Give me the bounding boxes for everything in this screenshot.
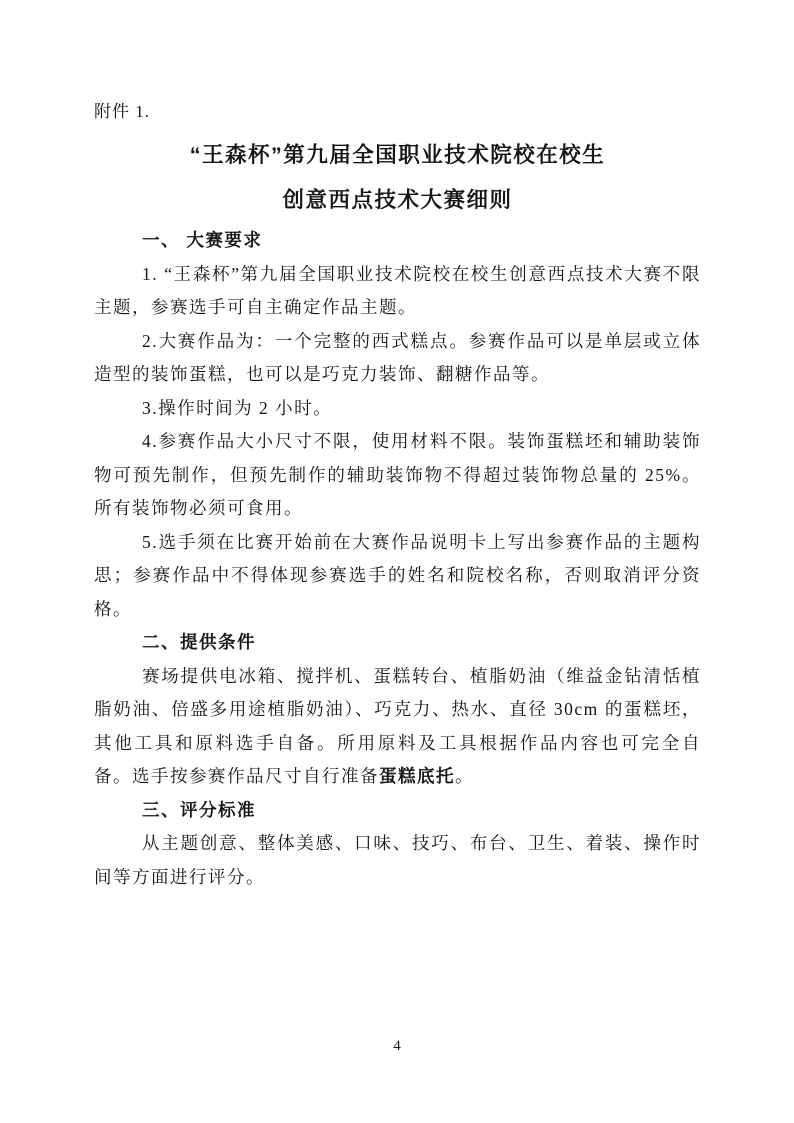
page-number: 4: [0, 1036, 794, 1056]
paragraph-provided-conditions: 赛场提供电冰箱、搅拌机、蛋糕转台、植脂奶油（维益金钻清恬植脂奶油、倍盛多用途植脂…: [94, 660, 701, 794]
section-heading-competition-requirements: 一、 大赛要求: [94, 224, 701, 258]
document-title-line2: 创意西点技术大赛细则: [94, 178, 701, 223]
attachment-label: 附件 1.: [94, 0, 701, 124]
document-title: “王森杯”第九届全国职业技术院校在校生创意西点技术大赛细则: [94, 133, 701, 223]
document-content: 附件 1. “王森杯”第九届全国职业技术院校在校生创意西点技术大赛细则 一、 大…: [94, 0, 701, 894]
section-heading-scoring-criteria: 三、评分标准: [94, 794, 701, 828]
paragraph-text-tail: 。: [455, 766, 474, 786]
paragraph-requirement-3: 3.操作时间为 2 小时。: [94, 392, 701, 426]
paragraph-requirement-1: 1. “王森杯”第九届全国职业技术院校在校生创意西点技术大赛不限主题，参赛选手可…: [94, 258, 701, 325]
document-page: 附件 1. “王森杯”第九届全国职业技术院校在校生创意西点技术大赛细则 一、 大…: [0, 0, 794, 1123]
paragraph-requirement-5: 5.选手须在比赛开始前在大赛作品说明卡上写出参赛作品的主题构思；参赛作品中不得体…: [94, 526, 701, 627]
paragraph-text-bold-cake-board: 蛋糕底托: [379, 766, 455, 786]
section-heading-provided-conditions: 二、提供条件: [94, 626, 701, 660]
paragraph-scoring-criteria: 从主题创意、整体美感、口味、技巧、布台、卫生、着装、操作时间等方面进行评分。: [94, 827, 701, 894]
document-title-line1: “王森杯”第九届全国职业技术院校在校生: [94, 133, 701, 178]
paragraph-requirement-2: 2.大赛作品为：一个完整的西式糕点。参赛作品可以是单层或立体造型的装饰蛋糕，也可…: [94, 325, 701, 392]
paragraph-requirement-4: 4.参赛作品大小尺寸不限，使用材料不限。装饰蛋糕坯和辅助装饰物可预先制作，但预先…: [94, 425, 701, 526]
